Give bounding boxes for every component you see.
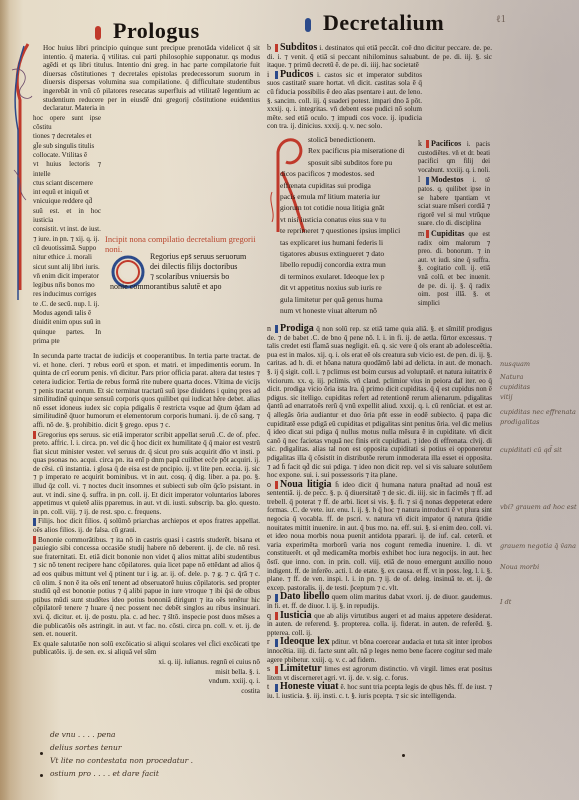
marginal-note: I dt [500,598,511,606]
lemma: Noua litigia [280,479,332,490]
lemma: Cupiditas [431,229,464,238]
paragraph-mark-icon [275,44,278,52]
ink-dot [402,754,405,757]
gloss-entry: pDato libello quem olim maritus dabat vx… [267,593,492,610]
signature-letter: b [267,44,275,53]
handwritten-line: ostium pro . . . . et dare facit [50,767,270,780]
text-line: ⁊ iure. in pn. ⁊ xij. q. ij. [33,235,101,244]
paragraph-mark-icon [33,536,36,544]
text-line: tas explicaret ius humani federis li [280,237,428,248]
folio-mark: ℓ1 [496,14,506,25]
section-text: Gregorius eps seruus. sic etiā imperator… [33,431,260,516]
section-text: Bononie commorātibus. ⁊ ita nō in castri… [33,536,260,639]
signature-letter: n [267,325,275,334]
marginal-note: nusquam [500,360,530,368]
lemma: Subditos [280,42,317,53]
text-line: legibus nr̄is bonos mo [33,281,101,290]
gloss-entry: tHoneste viuat ē. hoc sunt tria pcepta l… [267,683,492,700]
gloss-entry: qIusticia que ab alijs virtutibus augeri… [267,612,492,638]
running-head-right: Decretalium [305,10,444,36]
text-line: Modus agendi talis ē [33,309,101,318]
paragraph-mark-icon [95,26,101,40]
paragraph-mark-icon [426,177,429,185]
commentary-section: In secunda parte tractat de iudicijs et … [33,352,260,429]
gloss-entry: mCupiditas que est radix oim malorum ⁊ p… [418,230,490,308]
paragraph-mark-icon [275,481,278,489]
section-text: Filijs. hoc dicit filios. q̄ solūmō pria… [33,517,260,534]
signature-letter: k [418,140,426,149]
gloss-text: h̄ ideo dicit q̄ humana natura pnaētad a… [267,481,492,592]
text-line: gl̄e sub singulis titulis [33,142,101,151]
lemma: Modestos [431,175,463,184]
gloss-entry: sLimitetur limes est agrorum distinctio.… [267,665,492,682]
decretal-main-text: Regorius eps̄ seruus seruorum dei dilect… [150,252,265,292]
signature-letter: q [267,612,275,621]
marginal-note: vitij [500,393,512,401]
text-line: libello repudij concordia extra mun [280,259,428,270]
paragraph-mark-icon [275,71,278,79]
narrow-text-block: hoc opere sunt ipse cōstitu tiones ⁊ dec… [33,114,101,346]
lemma: Dato libello [280,591,330,602]
marginal-note: Natura [500,373,523,381]
text-line: Rex pacificus pia miseratione di [308,145,428,156]
text-line: tigatores abusus extingueret ⁊ dato [280,248,428,259]
text-line: tiones ⁊ decretales et [33,132,101,141]
text-line: te .C. de secū. nup. l. ij. [33,300,101,309]
text-line: vt nisi iusticia conatus eius sua v tu [280,214,428,225]
commentary-column-left: Hoc huius libri principio quinque sunt p… [33,44,260,696]
text-line: collocate. Vtilitas ē [33,151,101,160]
running-head-left: Prologus [95,18,200,44]
text-line: gula limitetur per quā genus huma [280,294,428,305]
gloss-text: que est radix oim malorum ⁊ preo. di. bo… [418,231,490,307]
text-line: dei dilectis filijs doctoribus [150,262,265,272]
lemma: Pudicos [280,69,313,80]
text-line: consistit. vt inst. de iust. [33,225,101,234]
running-head-left-text: Prologus [113,18,200,43]
paragraph-mark-icon [275,684,278,692]
gloss-text: q̄ non solū rep. sz etiā tame quia aliā.… [267,325,492,479]
prologue-opening: Hoc huius libri principio quinque sunt p… [43,44,260,113]
marginal-note: Noua morbi [500,563,539,571]
marginal-note: prodigalitas [500,418,539,426]
commentary-column-right-lower: nProdiga q̄ non solū rep. sz etiā tame q… [267,325,492,702]
paragraph-mark-icon [33,518,36,526]
text-line: suū est. et in hoc iusticia [33,207,101,226]
text-line: di terminos exularet. Ideoque lex p [280,271,428,282]
text-line: vn̄ enim dicit imperator [33,272,101,281]
text-line: cū deuotissimā. Suppo [33,244,101,253]
text-line: pacis emula mr̄ litium materia iur [280,191,428,202]
paragraph-mark-icon [305,18,311,32]
text-line: ctus sciant discernere [33,179,101,188]
paragraph-mark-icon [33,431,36,439]
text-line: res inducimus corriges [33,290,101,299]
paragraph-mark-icon [426,140,429,148]
marginal-note: cupiditas nec effrenata [500,408,576,416]
ink-dot [40,752,43,755]
manuscript-page: Prologus Decretalium ℓ1 Hoc huius libri … [0,0,579,800]
handwritten-line: delius sortes tenur [50,741,270,754]
ink-dot [40,774,43,777]
paragraph-mark-icon [275,639,278,647]
commentary-section: Bononie commorātibus. ⁊ ita nō in castri… [33,536,260,639]
lemma: Honeste viuat [280,681,339,692]
paragraph-mark-icon [275,594,278,602]
signature-letter: m [418,230,426,239]
text-line: nonie commorantibus salutē et apo [110,282,265,292]
text-line: giorum tot cotidie noua litigia gnāt [280,202,428,213]
gloss-entry: lModestos i. tē patos. q. quilibet ipse … [418,176,490,229]
gloss-entry: oNoua litigia h̄ ideo dicit q̄ humana na… [267,481,492,593]
text-line: diuidit enim opus suū in [33,318,101,327]
text-line: dit vt appetitus noxius sub iuris re [280,282,428,293]
marginal-note: grauem negotia q̄ v̄ana [500,542,576,550]
text-line: hoc opere sunt ipse cōstitu [33,114,101,133]
commentary-section: Gregorius eps seruus. sic etiā imperator… [33,431,260,517]
text-line: vnicuique reddere qd̄ [33,197,101,206]
penwork-initial-icon [8,40,36,330]
bottom-marginal-notes: de vnu . . . . pena delius sortes tenur … [50,728,270,780]
text-line: nitur ethice .i. morali [33,253,101,262]
lemma: Ideoque lex [280,636,329,647]
handwritten-line: Vt lite no contestata non procedatur . [50,754,270,767]
commentary-fragment: costita [33,687,260,696]
text-line: effrenata cupiditas sui prodiga [280,180,428,191]
lemma: Prodiga [280,323,314,334]
gloss-entry: nProdiga q̄ non solū rep. sz etiā tame q… [267,325,492,480]
incipit-rubric: Incipit nona compilatio decretalium greg… [105,234,265,254]
gloss-text: i. tē patos. q. quilibet ipse in se habe… [418,177,490,227]
signature-letter: p [267,593,275,602]
text-line: te reprimeret ⁊ questiones ipsius implic… [280,225,428,236]
decretal-text-block: stolicā benedictionem. Rex pacificus pia… [308,134,428,317]
text-line: stolicā benedictionem. [308,134,428,145]
marginal-note: cupiditas [500,383,530,391]
paragraph-mark-icon [275,666,278,674]
commentary-section: Ex quale salutatōe non solū excōicatio s… [33,640,260,657]
signature-letter: t [267,683,275,692]
gloss-text: i. castos sic et imperator subditos suos… [267,71,422,131]
marginal-note: vbi? grauem ad hoc est [500,503,577,511]
commentary-fragment: misit bella. §. i. [33,668,260,677]
lemma: Limitetur [280,663,322,674]
gloss-entry: bSubditos i. destinatos qui etiā peccāt.… [267,44,492,70]
text-line: int equū et iniquū et [33,188,101,197]
handwritten-line: de vnu . . . . pena [50,728,270,741]
text-line: vt huius lectoris ⁊ intelle [33,160,101,179]
commentary-fragment: xi. q. iij. iulianus. regnū ei cuius nō [33,658,260,667]
running-head-right-text: Decretalium [323,10,444,35]
text-line: dicos pacificos ⁊ modestos. sed [280,168,428,179]
marginal-note: cupiditati cū qd̄ sit [500,446,562,454]
commentary-fragment: vndum. xxiij. q. i. [33,677,260,686]
gloss-entry: rIdeoque lex pditur. vt bōna coercear au… [267,638,492,664]
text-line: sposuit sibi subditos fore pu [308,157,428,168]
text-line: Regorius eps̄ seruus seruorum [150,252,265,262]
signature-letter: i [267,71,275,80]
signature-letter: l [418,176,426,185]
commentary-section: Filijs. hoc dicit filios. q̄ solūmō pria… [33,517,260,534]
text-line: quinque partes. In prima pte [33,328,101,347]
signature-letter: o [267,481,275,490]
commentary-column-right: bSubditos i. destinatos qui etiā peccāt.… [267,44,492,132]
commentary-column-right-narrow: kPacificos i. pacis custodiētes. vn̄ et … [418,140,490,309]
paragraph-mark-icon [275,612,278,620]
paragraph-mark-icon [426,230,429,238]
lemma: Iusticia [280,610,312,621]
signature-letter: r [267,638,275,647]
gloss-entry: iPudicos i. castos sic et imperator subd… [267,71,422,131]
text-line: sicut sunt alij libri iuris. [33,263,101,272]
text-line: num vt honeste viuat alterum nō [280,305,428,316]
gloss-entry: kPacificos i. pacis custodiētes. vn̄ et … [418,140,490,175]
text-line: ⁊ scolaribus vniuersis bo [150,272,265,282]
lemma: Pacificos [431,139,461,148]
paragraph-mark-icon [275,325,278,333]
signature-letter: s [267,665,275,674]
